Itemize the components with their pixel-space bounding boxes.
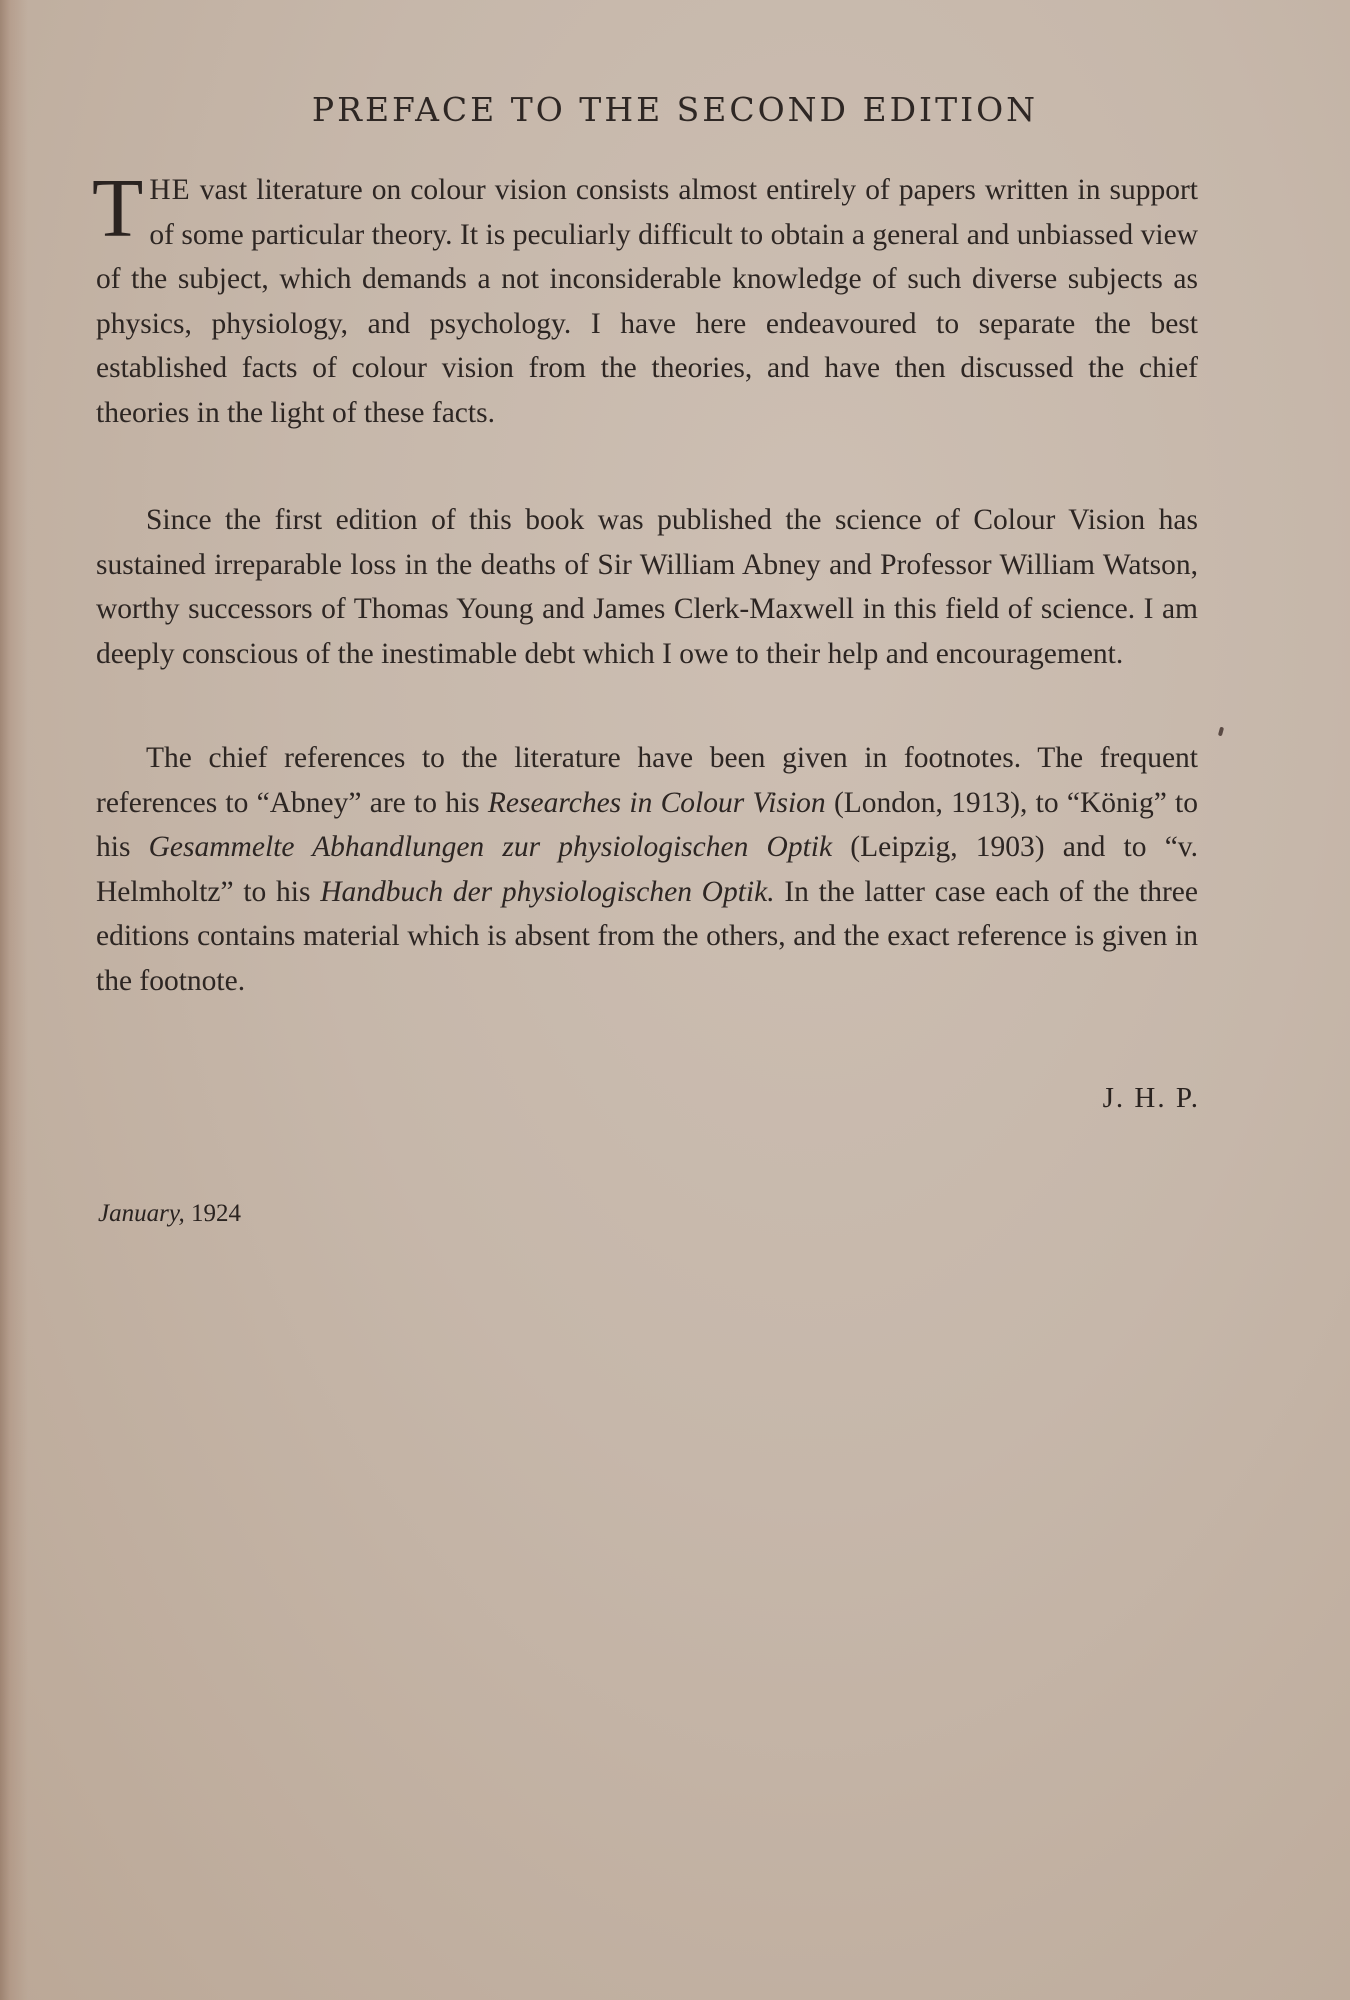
paragraph-1-text: vast literature on colour vision consist… bbox=[96, 174, 1198, 429]
preface-date: January, 1924 bbox=[98, 1200, 241, 1228]
paragraph-3: The chief references to the literature h… bbox=[96, 736, 1198, 1003]
book-page: PREFACE TO THE SECOND EDITION THE vast l… bbox=[0, 0, 1350, 2000]
date-year: 1924 bbox=[185, 1200, 241, 1227]
author-signature: J. H. P. bbox=[1103, 1082, 1200, 1115]
book-title-abney: Researches in Colour Vision bbox=[488, 787, 826, 819]
page-title: PREFACE TO THE SECOND EDITION bbox=[0, 90, 1350, 129]
paragraph-1: THE vast literature on colour vision con… bbox=[96, 168, 1198, 435]
paragraph-2: Since the first edition of this book was… bbox=[96, 498, 1198, 676]
book-title-helmholtz: Handbuch der physiologischen Optik. bbox=[320, 876, 774, 908]
ink-speck bbox=[1218, 727, 1224, 737]
drop-cap: T bbox=[92, 176, 143, 242]
drop-cap-continuation: HE bbox=[149, 174, 190, 206]
date-month: January, bbox=[98, 1200, 185, 1227]
book-title-konig: Gesammelte Abhandlungen zur physiologisc… bbox=[149, 831, 832, 863]
paragraph-2-text: Since the first edition of this book was… bbox=[96, 498, 1198, 676]
